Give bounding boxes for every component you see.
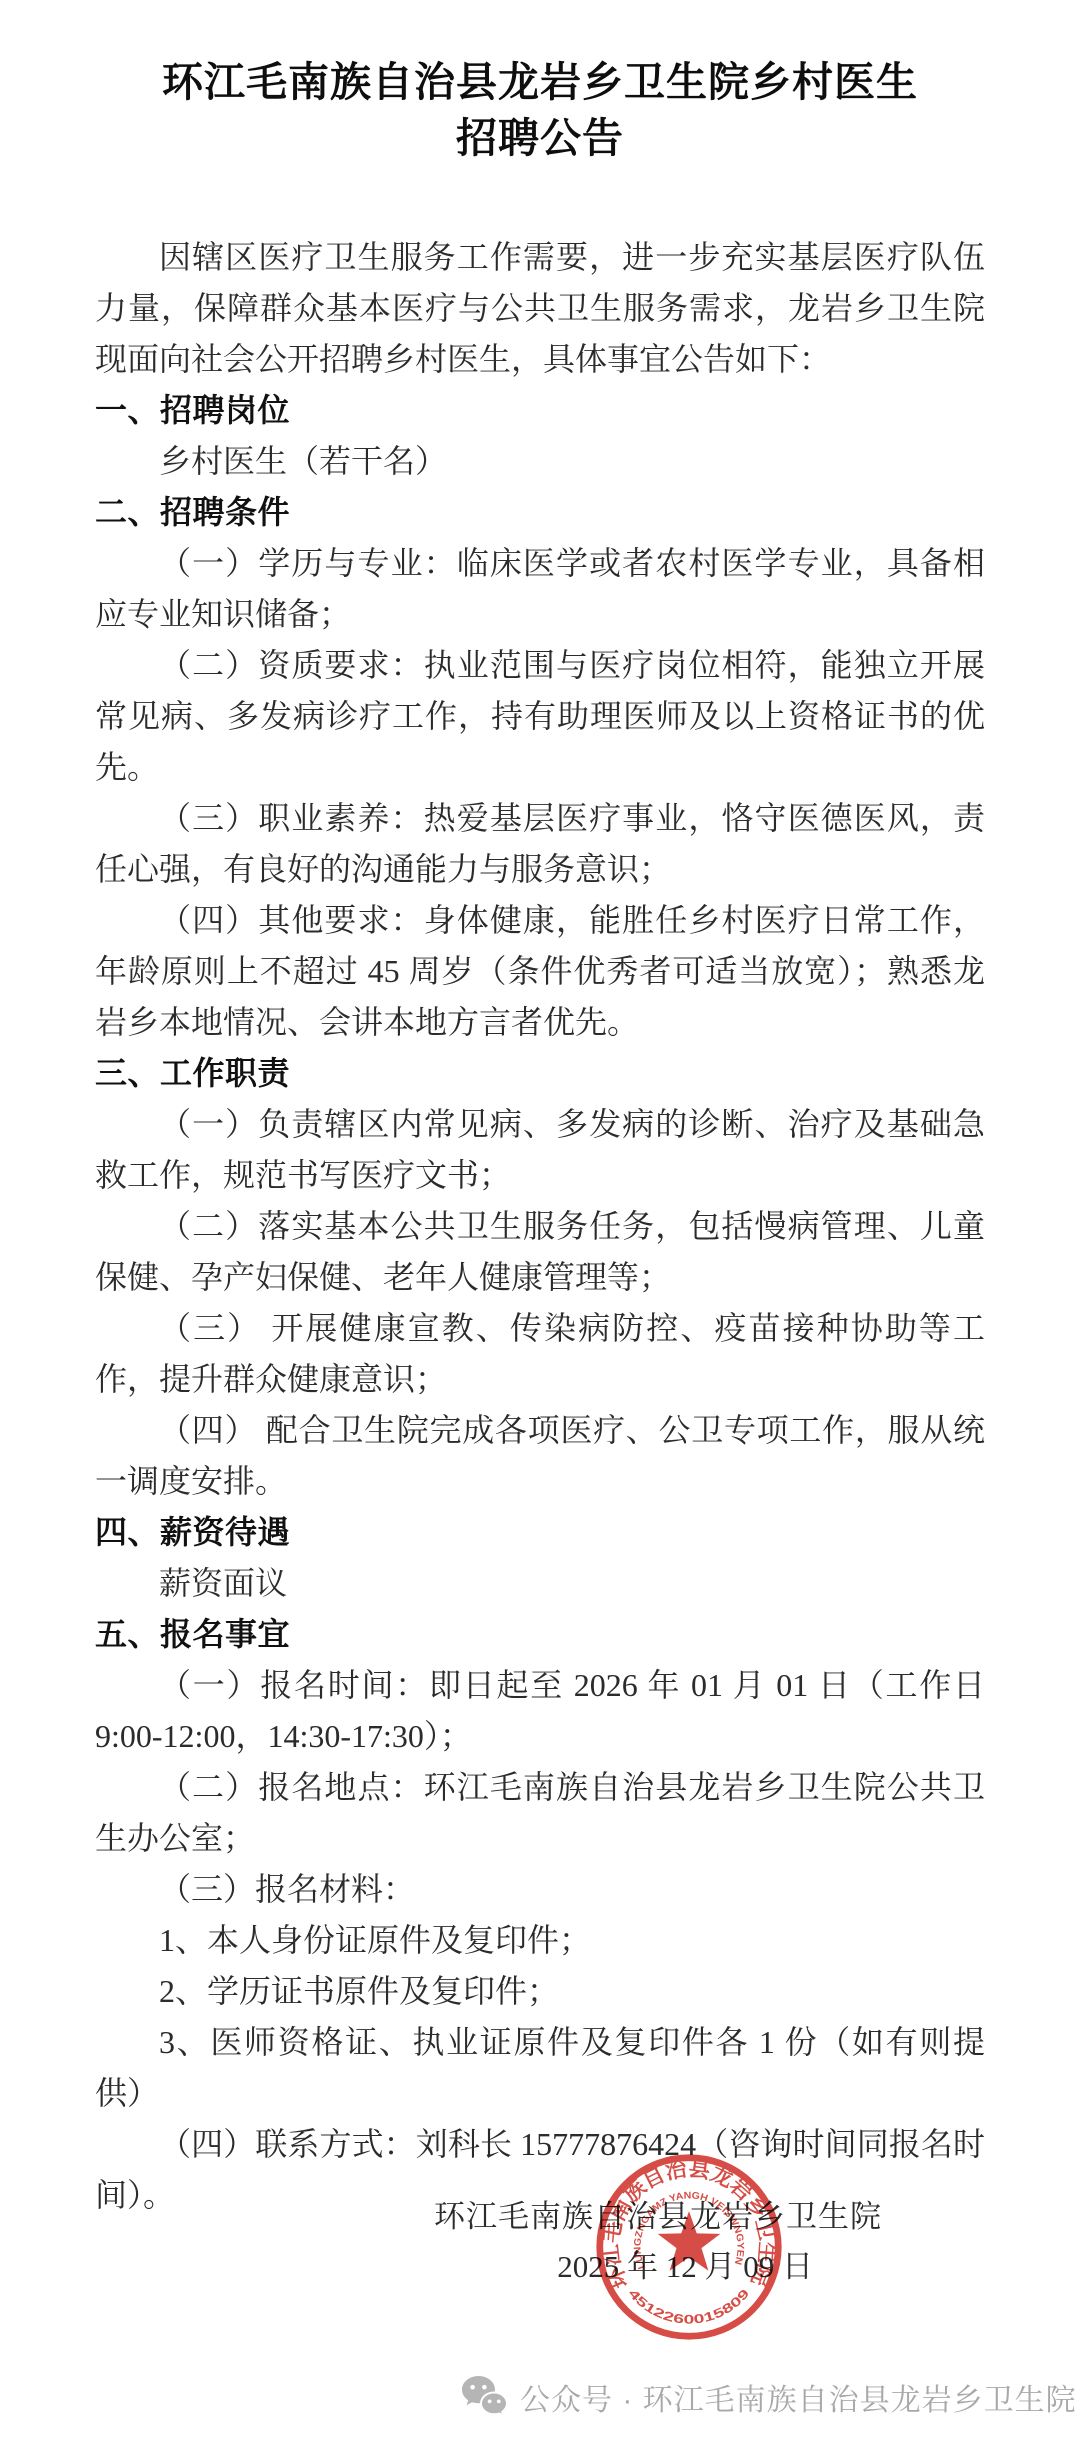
section-paragraph: （一）负责辖区内常见病、多发病的诊断、治疗及基础急救工作，规范书写医疗文书； — [95, 1099, 985, 1201]
signature-org: 环江毛南族自治县龙岩乡卫生院 — [434, 2196, 882, 2238]
section-paragraph: 2、学历证书原件及复印件； — [95, 1966, 985, 2017]
section-paragraph: 3、医师资格证、执业证原件及复印件各 1 份（如有则提供） — [95, 2017, 985, 2119]
signature-date: 2025 年 12 月 09 日 — [557, 2246, 813, 2288]
title-line-2: 招聘公告 — [0, 110, 1080, 166]
section-paragraph: （四）其他要求：身体健康，能胜任乡村医疗日常工作，年龄原则上不超过 45 周岁（… — [95, 895, 985, 1048]
section-paragraph: 1、本人身份证原件及复印件； — [95, 1915, 985, 1966]
section-paragraph: （二）资质要求：执业范围与医疗岗位相符，能独立开展常见病、多发病诊疗工作，持有助… — [95, 640, 985, 793]
section-heading-salary: 四、薪资待遇 — [95, 1507, 985, 1558]
section-paragraph: （二）落实基本公共卫生服务任务，包括慢病管理、儿童保健、孕产妇保健、老年人健康管… — [95, 1201, 985, 1303]
section-paragraph: （三） 开展健康宣教、传染病防控、疫苗接种协助等工作，提升群众健康意识； — [95, 1303, 985, 1405]
title-line-1: 环江毛南族自治县龙岩乡卫生院乡村医生 — [0, 54, 1080, 110]
section-paragraph: （一）学历与专业：临床医学或者农村医学专业，具备相应专业知识储备； — [95, 538, 985, 640]
section-paragraph: （四） 配合卫生院完成各项医疗、公卫专项工作，服从统一调度安排。 — [95, 1405, 985, 1507]
section-heading-application: 五、报名事宜 — [95, 1609, 985, 1660]
section-paragraph: （一）报名时间：即日起至 2026 年 01 月 01 日（工作日 9:00-1… — [95, 1660, 985, 1762]
footer-account-label: 公众号 · 环江毛南族自治县龙岩乡卫生院 — [520, 2375, 1077, 2419]
section-paragraph: （三）报名材料： — [95, 1864, 985, 1915]
section-paragraph: （二）报名地点：环江毛南族自治县龙岩乡卫生院公共卫生办公室； — [95, 1762, 985, 1864]
section-heading-duties: 三、工作职责 — [95, 1048, 985, 1099]
section-heading-requirements: 二、招聘条件 — [95, 487, 985, 538]
section-heading-recruit-post: 一、招聘岗位 — [95, 385, 985, 436]
announcement-document: 环江毛南族自治县龙岩乡卫生院乡村医生 招聘公告 因辖区医疗卫生服务工作需要，进一… — [0, 0, 1080, 2440]
footer: 公众号 · 环江毛南族自治县龙岩乡卫生院 — [460, 2374, 1077, 2420]
section-paragraph: 薪资面议 — [95, 1558, 985, 1609]
section-paragraph: （三）职业素养：热爱基层医疗事业，恪守医德医风，责任心强，有良好的沟通能力与服务… — [95, 793, 985, 895]
page-title: 环江毛南族自治县龙岩乡卫生院乡村医生 招聘公告 — [0, 54, 1080, 166]
seal-number: 4512260015809 — [626, 2286, 753, 2326]
document-body: 因辖区医疗卫生服务工作需要，进一步充实基层医疗队伍力量，保障群众基本医疗与公共卫… — [0, 232, 1080, 2221]
intro-paragraph: 因辖区医疗卫生服务工作需要，进一步充实基层医疗队伍力量，保障群众基本医疗与公共卫… — [95, 232, 985, 385]
section-paragraph: 乡村医生（若干名） — [95, 436, 985, 487]
wechat-icon — [460, 2374, 508, 2420]
